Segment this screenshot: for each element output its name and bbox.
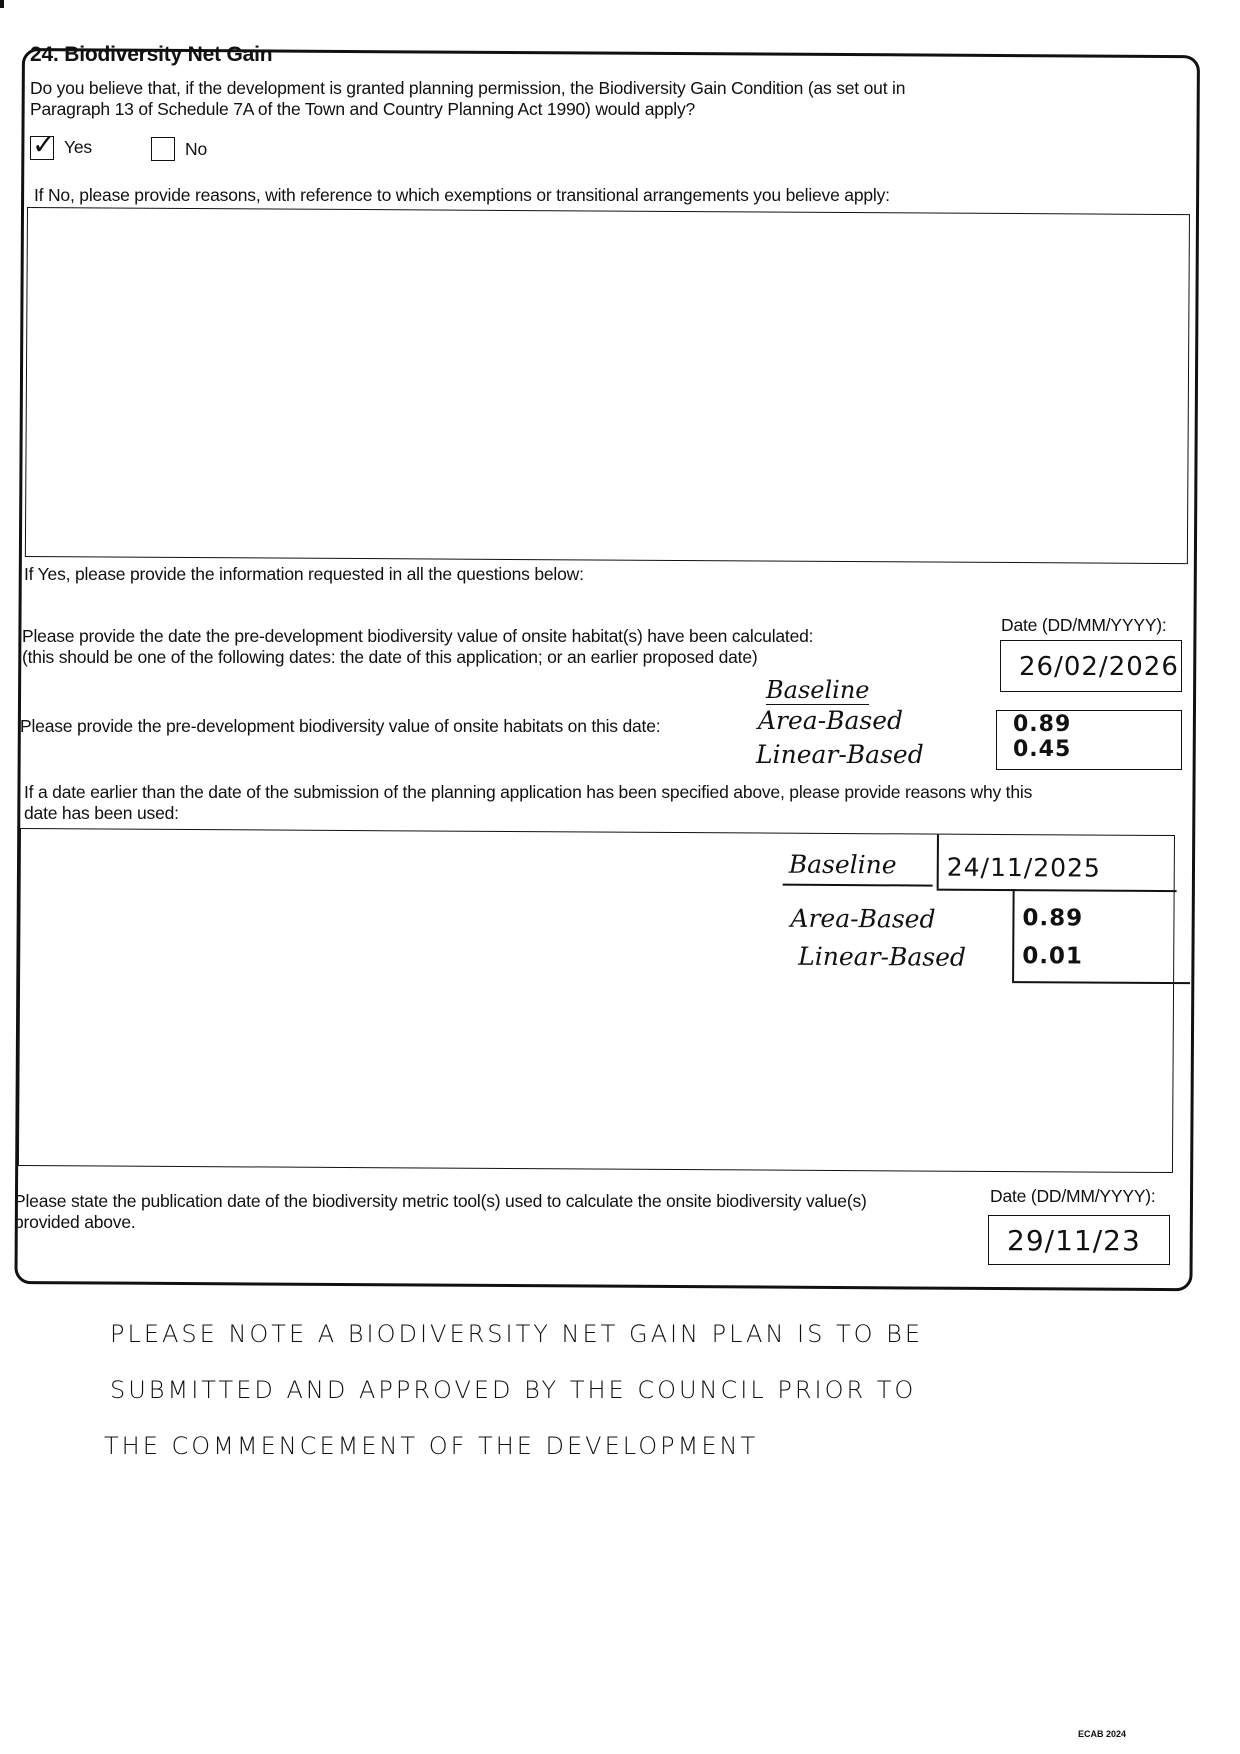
if-no-reasons-input[interactable] — [25, 207, 1190, 564]
metric-tool-date-value: 29/11/23 — [1007, 1224, 1141, 1257]
earlier-date-prompt-line-2: date has been used: — [24, 803, 179, 824]
scan-mark — [0, 0, 4, 8]
yes-label: Yes — [64, 137, 92, 158]
earlier-date-reasons-field[interactable]: Baseline 24/11/2025 Area-Based Linear-Ba… — [18, 828, 1175, 1173]
section-title: 24. Biodiversity Net Gain — [30, 44, 272, 65]
metric-tool-date-field[interactable]: 29/11/23 — [988, 1215, 1170, 1265]
baseline-value-prompt: Please provide the pre-development biodi… — [20, 716, 660, 737]
if-no-prompt: If No, please provide reasons, with refe… — [34, 185, 890, 206]
baseline-date-label: Date (DD/MM/YYYY): — [1001, 615, 1167, 636]
no-checkbox[interactable] — [151, 137, 175, 161]
baseline-heading-handwritten: Baseline — [766, 676, 869, 705]
baseline-earlier-date: 24/11/2025 — [947, 853, 1101, 883]
earlier-date-prompt-line-1: If a date earlier than the date of the s… — [24, 782, 1032, 803]
linear-based-label: Linear-Based — [756, 740, 924, 769]
linear-based-value: 0.45 — [1013, 737, 1071, 762]
area-based-label: Area-Based — [758, 706, 903, 735]
area-based-label-2: Area-Based — [790, 904, 935, 934]
checkmark-icon: ✓ — [32, 133, 55, 157]
question-line-1: Do you believe that, if the development … — [30, 78, 905, 99]
metric-tool-date-label: Date (DD/MM/YYYY): — [990, 1186, 1156, 1207]
table-divider — [1012, 889, 1014, 981]
table-divider — [937, 835, 939, 889]
table-divider — [937, 889, 1177, 892]
baseline-values-field[interactable]: 0.89 0.45 — [996, 710, 1182, 770]
baseline-date-prompt-line-1: Please provide the date the pre-developm… — [22, 626, 813, 647]
note-line-2: SUBMITTED AND APPROVED BY THE COUNCIL PR… — [110, 1376, 916, 1404]
note-line-3: THE COMMENCEMENT OF THE DEVELOPMENT — [104, 1432, 758, 1460]
if-yes-prompt: If Yes, please provide the information r… — [24, 564, 584, 585]
form-code: ECAB 2024 — [1078, 1729, 1126, 1739]
area-based-value-2: 0.89 — [1022, 905, 1083, 931]
baseline-date-prompt-line-2: (this should be one of the following dat… — [22, 647, 758, 668]
table-divider — [1012, 981, 1190, 984]
metric-tool-prompt-line-2: provided above. — [14, 1212, 136, 1233]
metric-tool-prompt-line-1: Please state the publication date of the… — [14, 1191, 867, 1212]
underline — [783, 884, 933, 886]
no-label: No — [185, 139, 207, 160]
area-based-value: 0.89 — [1013, 712, 1071, 737]
baseline-heading-handwritten-2: Baseline — [789, 850, 897, 880]
linear-based-label-2: Linear-Based — [798, 942, 966, 972]
linear-based-value-2: 0.01 — [1022, 943, 1083, 969]
baseline-date-value: 26/02/2026 — [1019, 652, 1179, 682]
baseline-date-field[interactable]: 26/02/2026 — [1000, 640, 1182, 692]
note-line-1: PLEASE NOTE A BIODIVERSITY NET GAIN PLAN… — [110, 1320, 923, 1348]
yes-checkbox[interactable]: ✓ — [30, 136, 54, 160]
question-line-2: Paragraph 13 of Schedule 7A of the Town … — [30, 99, 695, 120]
